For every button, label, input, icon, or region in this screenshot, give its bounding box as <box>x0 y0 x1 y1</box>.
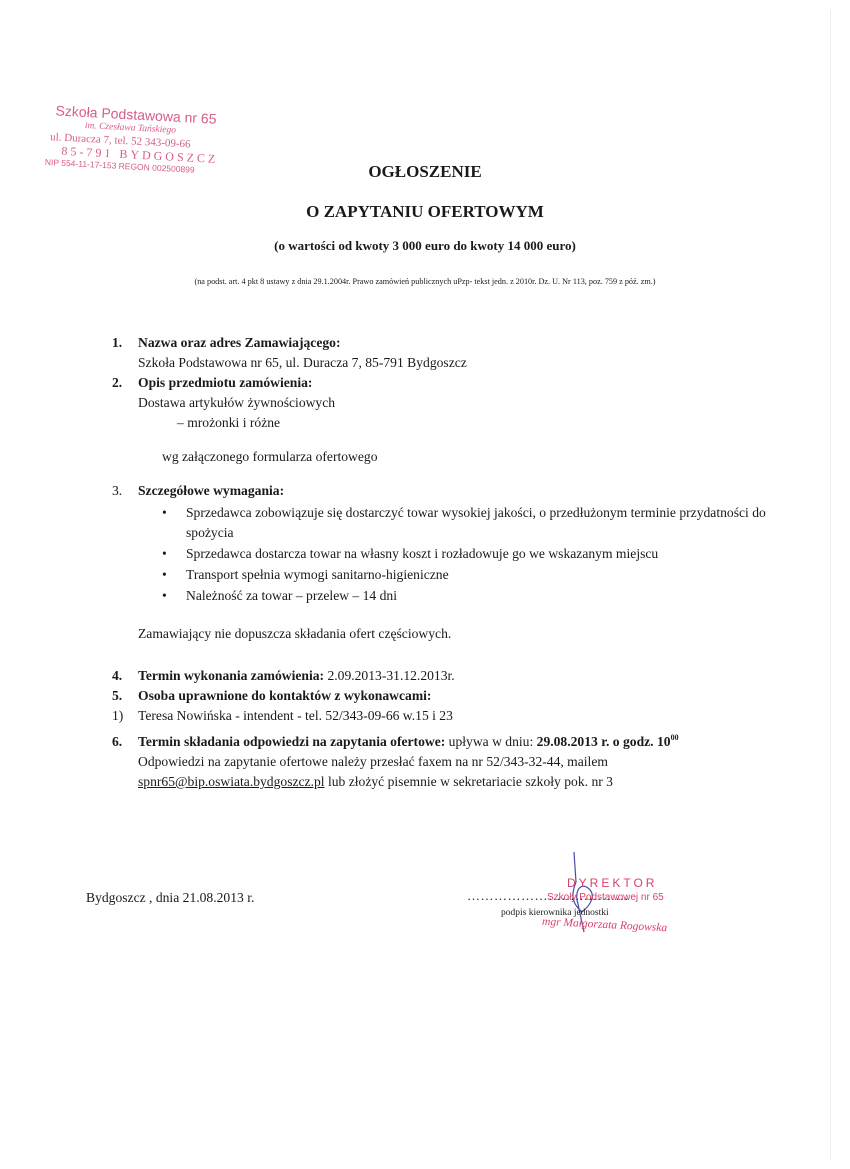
document-subtitle: O ZAPYTANIU OFERTOWYM <box>0 202 850 222</box>
list-item: Należność za towar – przelew – 14 dni <box>162 586 782 606</box>
section-5: 5.Osoba uprawnione do kontaktów z wykona… <box>112 686 453 726</box>
list-item: Sprzedawca dostarcza towar na własny kos… <box>162 544 782 564</box>
section-number: 3. <box>112 481 138 501</box>
section-heading: Nazwa oraz adres Zamawiającego: <box>138 335 340 350</box>
deadline-prefix: upływa w dniu: <box>445 734 536 749</box>
contracting-authority: Szkoła Podstawowa nr 65, ul. Duracza 7, … <box>112 353 467 373</box>
page-edge <box>830 10 831 1160</box>
email-link[interactable]: spnr65@bip.oswiata.bydgoszcz.pl <box>138 774 325 789</box>
deadline-date: 29.08.2013 r. o godz. 10 <box>537 734 671 749</box>
legal-basis: (na podst. art. 4 pkt 8 ustawy z dnia 29… <box>0 277 850 286</box>
place-and-date: Bydgoszcz , dnia 21.08.2013 r. <box>86 890 254 906</box>
section-number: 4. <box>112 666 138 686</box>
director-stamp-school: Szkoły Podstawowej nr 65 <box>547 892 664 903</box>
section-heading: Osoba uprawnione do kontaktów z wykonawc… <box>138 688 431 703</box>
order-form-reference: wg załączonego formularza ofertowego <box>112 447 378 467</box>
section-heading: Opis przedmiotu zamówienia: <box>138 375 312 390</box>
section-2: 2.Opis przedmiotu zamówienia: Dostawa ar… <box>112 373 378 467</box>
list-item: Transport spełnia wymogi sanitarno-higie… <box>162 565 782 585</box>
section-3: 3.Szczegółowe wymagania: Sprzedawca zobo… <box>112 481 782 644</box>
list-item: Sprzedawca zobowiązuje się dostarczyć to… <box>162 503 782 543</box>
section-number: 6. <box>112 732 138 752</box>
submission-alternative: lub złożyć pisemnie w sekretariacie szko… <box>325 774 613 789</box>
contact-number: 1) <box>112 706 138 726</box>
signature-block: DYREKTOR ……………………………… Szkoły Podstawowej… <box>467 862 697 942</box>
deadline-minutes: 00 <box>671 733 679 742</box>
document-title: OGŁOSZENIE <box>0 162 850 182</box>
order-description: Dostawa artykułów żywnościowych <box>112 393 378 413</box>
section-number: 5. <box>112 686 138 706</box>
partial-offers-note: Zamawiający nie dopuszcza składania ofer… <box>112 624 782 644</box>
order-subtype: – mrożonki i różne <box>112 413 378 433</box>
requirements-list: Sprzedawca zobowiązuje się dostarczyć to… <box>112 503 782 606</box>
execution-period: 2.09.2013-31.12.2013r. <box>324 668 455 683</box>
submission-instructions: Odpowiedzi na zapytanie ofertowe należy … <box>112 752 792 772</box>
section-4: 4.Termin wykonania zamówienia: 2.09.2013… <box>112 666 455 686</box>
section-heading: Termin wykonania zamówienia: <box>138 668 324 683</box>
section-heading: Szczegółowe wymagania: <box>138 483 284 498</box>
section-6: 6.Termin składania odpowiedzi na zapytan… <box>112 728 792 792</box>
contact-person: Teresa Nowińska - intendent - tel. 52/34… <box>138 708 453 723</box>
section-number: 1. <box>112 333 138 353</box>
section-heading: Termin składania odpowiedzi na zapytania… <box>138 734 445 749</box>
value-range: (o wartości od kwoty 3 000 euro do kwoty… <box>0 238 850 254</box>
section-number: 2. <box>112 373 138 393</box>
section-1: 1.Nazwa oraz adres Zamawiającego: Szkoła… <box>112 333 467 373</box>
